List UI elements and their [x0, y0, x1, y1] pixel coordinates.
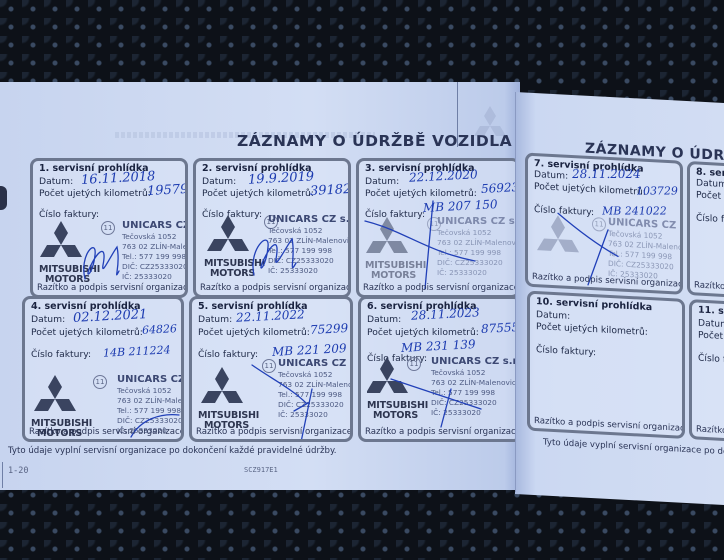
right-page: ZÁZNAMY O ÚDRŽBĚ VOZIDLA 7. servisní pro… [515, 92, 724, 505]
mileage-value: 103729 [636, 184, 679, 197]
dealer-address: UNICARS CZ s.r.o. Tečovská 1052 763 02 Z… [437, 215, 520, 278]
date-label: Datum: [202, 176, 236, 187]
dealer-dic: DIČ: CZ25333020 [278, 400, 353, 410]
date-value: 16.11.2018 [81, 169, 156, 188]
dealer-street: Tečovská 1052 [278, 370, 353, 380]
inspection-card-10: 10. servisní prohlídka Datum: Počet ujet… [527, 291, 685, 439]
dealer-dic: DIČ: CZ25333020 [437, 258, 520, 268]
inspection-card-6: 6. servisní prohlídka Datum: Počet ujetý… [358, 296, 522, 442]
inspection-card-2: 2. servisní prohlídka Datum: Počet ujetý… [193, 158, 351, 298]
dealer-name: UNICARS CZ s.r.o. [117, 373, 184, 386]
mileage-label: Počet ujetých kilometrů: [365, 188, 477, 199]
dealer-address: UNICARS CZ s.r.o. Tečovská 1052 763 02 Z… [278, 357, 353, 420]
dealer-city: 763 02 ZLÍN-Malenovice [117, 396, 184, 406]
mileage-value: 64826 [142, 322, 178, 337]
stamp-footer-label: Razítko a podpis servisní organizace [29, 427, 184, 437]
left-page: ZÁZNAMY O ÚDRŽBĚ VOZIDLA 1. servisní pro… [0, 82, 520, 490]
inspection-card-3: 3. servisní prohlídka Datum: Počet ujetý… [356, 158, 520, 298]
dealer-ic: IČ: 25333020 [278, 410, 353, 420]
badge-number: 11 [93, 375, 107, 389]
dealer-street: Tečovská 1052 [437, 228, 520, 238]
dealer-ic: IČ: 25333020 [268, 266, 351, 276]
dealer-phone: Tel.: 577 199 998 [268, 246, 351, 256]
date-label: Datum: [39, 176, 73, 187]
stamp-footer-label: Razítko a podpis servisní organizace [37, 283, 188, 293]
badge-number: 11 [407, 357, 421, 371]
mileage-label: Počet ujetých kilometrů: [39, 188, 151, 199]
dealer-phone: Tel.: 577 199 998 [278, 390, 353, 400]
date-label: Datum: [365, 176, 399, 187]
dealer-ic: IČ: 25333020 [431, 408, 522, 418]
date-value: 02.12.2021 [73, 307, 148, 326]
brand-line-2: MOTORS [210, 268, 255, 279]
dealer-dic: DIČ: CZ25333020 [431, 398, 522, 408]
date-value: 28.11.2024 [572, 167, 641, 181]
inspection-card-1: 1. servisní prohlídka Datum: Počet ujetý… [30, 158, 188, 298]
dealer-stamp: MITSUBISHI MOTORS 11 UNICARS CZ s.r.o. T… [367, 355, 522, 425]
dealer-address: UNICARS CZ s.r.o. Tečovská 1052 763 02 Z… [431, 355, 522, 418]
mileage-label: Počet ujetých kilometrů: [696, 189, 724, 206]
dealer-phone: Tel.: 577 199 998 [117, 406, 184, 416]
invoice-label: Číslo faktury: [698, 353, 724, 367]
date-value: 22.12.2020 [409, 167, 478, 185]
footnote: Tyto údaje vyplní servisní organizace po… [543, 437, 724, 464]
date-label: Datum: [31, 314, 65, 325]
mileage-label: Počet ujetých kilometrů: [31, 327, 143, 338]
dealer-name: UNICARS CZ s.r.o. [437, 215, 520, 228]
inspection-card-4: 4. servisní prohlídka Datum: Počet ujetý… [22, 296, 184, 442]
dealer-address: UNICARS CZ s.r.o. Tečovská 1052 763 02 Z… [268, 213, 351, 276]
invoice-value: MB 207 150 [423, 197, 498, 215]
dealer-name: UNICARS CZ s.r.o. [122, 219, 188, 232]
invoice-label: Číslo faktury: [198, 349, 258, 360]
inspection-card-8: 8. servisní prohlídka Datum: Počet ujetý… [687, 161, 724, 299]
dealer-dic: DIČ: CZ25333020 [117, 416, 184, 426]
footnote: Tyto údaje vyplní servisní organizace po… [8, 446, 337, 456]
stamp-footer-label: Razítko a podpis servisní organizace [696, 424, 724, 442]
badge-number: 11 [592, 217, 606, 232]
date-value: 22.11.2022 [236, 307, 305, 325]
dealer-stamp: MITSUBISHI MOTORS 11 UNICARS CZ s.r.o. T… [365, 215, 520, 285]
invoice-value: MB 231 139 [401, 337, 476, 355]
badge-number: 11 [101, 221, 115, 235]
dealer-name: UNICARS CZ s.r.o. [268, 213, 351, 226]
book-spine [515, 92, 516, 492]
stamp-footer-label: Razítko a podpis servisní organizace [365, 427, 521, 437]
dealer-ic: IČ: 25333020 [122, 272, 188, 282]
document-code: SCZ917E1 [244, 466, 278, 474]
date-value: 19.9.2019 [248, 169, 315, 187]
dealer-name: UNICARS CZ s.r.o. [278, 357, 353, 370]
dealer-street: Tečovská 1052 [431, 368, 522, 378]
stamp-footer-label: Razítko a podpis servisní organizace [196, 427, 352, 437]
dealer-street: Tečovská 1052 [117, 386, 184, 396]
mileage-label: Počet ujetých kilometrů: [202, 188, 314, 199]
stamp-footer-label: Razítko a podpis servisní organizace [534, 416, 685, 434]
header-divider [457, 82, 458, 147]
mileage-label: Počet ujetých kilometrů: [536, 321, 648, 338]
dealer-dic: DIČ: CZ25333020 [122, 262, 188, 272]
dealer-phone: Tel.: 577 199 998 [437, 248, 520, 258]
page-number: 1-20 [8, 466, 28, 476]
dealer-dic: DIČ: CZ25333020 [268, 256, 351, 266]
dealer-stamp: MITSUBISHI MOTORS 11 UNICARS CZ s.r.o. T… [39, 219, 188, 289]
dealer-stamp: MITSUBISHI MOTORS 11 UNICARS CZ s.r.o. T… [198, 365, 353, 435]
page-edge [2, 462, 3, 488]
mileage-value: 87555 [481, 320, 520, 336]
mileage-value: 56923 [481, 180, 520, 196]
inspection-card-7: 7. servisní prohlídka Datum: Počet ujetý… [525, 153, 683, 295]
mileage-value: 39182 [310, 182, 351, 199]
brand-line-2: MOTORS [373, 410, 418, 421]
date-label: Datum: [534, 169, 568, 182]
date-label: Datum: [367, 314, 401, 325]
mileage-label: Počet ujetých kilometrů: [534, 181, 646, 198]
dealer-city: 763 02 ZLÍN-Malenovice [122, 242, 188, 252]
mitsubishi-logo-icon [534, 214, 594, 279]
date-label: Datum: [536, 309, 570, 322]
brand-line-2: MOTORS [371, 270, 416, 281]
mitsubishi-watermark-icon [470, 104, 510, 144]
dealer-city: 763 02 ZLÍN-Malenovice [437, 238, 520, 248]
badge-number: 11 [262, 359, 276, 373]
dealer-city: 763 02 ZLÍN-Malenovice [431, 378, 522, 388]
invoice-label: Číslo faktury: [31, 349, 91, 360]
dealer-street: Tečovská 1052 [122, 232, 188, 242]
dealer-ic: IČ: 25333020 [437, 268, 520, 278]
inspection-card-5: 5. servisní prohlídka Datum: Počet ujetý… [189, 296, 353, 442]
date-value: 28.11.2023 [411, 305, 480, 323]
date-label: Datum: [198, 314, 232, 325]
section-tab-marker [0, 186, 7, 210]
mileage-value: 75299 [310, 321, 349, 337]
dealer-street: Tečovská 1052 [268, 226, 351, 236]
invoice-value: 14B 211224 [103, 343, 171, 360]
dealer-phone: Tel.: 577 199 998 [122, 252, 188, 262]
mileage-value: 19579 [147, 182, 188, 199]
mileage-label: Počet ujetých kilometrů: [198, 327, 310, 338]
dealer-phone: Tel.: 577 199 998 [431, 388, 522, 398]
dealer-address: UNICARS CZ s.r.o. Tečovská 1052 763 02 Z… [122, 219, 188, 282]
date-label: Datum: [696, 177, 724, 190]
date-label: Datum: [698, 318, 724, 331]
dealer-city: 763 02 ZLÍN-Malenovice [278, 380, 353, 390]
invoice-label: Číslo faktury: [536, 344, 596, 358]
stamp-footer-label: Razítko a podpis servisní organizace [363, 283, 519, 293]
mileage-label: Počet ujetých kilometrů: [698, 330, 724, 347]
dealer-city: 763 02 ZLÍN-Malenovice [268, 236, 351, 246]
stamp-footer-label: Razítko a podpis servisní organizace [694, 280, 724, 298]
dealer-address: UNICARS CZ s.r.o. Tečovská 1052 763 02 Z… [608, 216, 683, 284]
dealer-stamp: MITSUBISHI MOTORS 11 UNICARS CZ s.r.o. T… [202, 213, 351, 283]
inspection-card-11: 11. servisní prohlídka Datum: Počet ujet… [689, 299, 724, 443]
dealer-name: UNICARS CZ s.r.o. [431, 355, 522, 368]
invoice-label: Číslo faktury: [696, 212, 724, 226]
mileage-label: Počet ujetých kilometrů: [367, 327, 479, 338]
stamp-footer-label: Razítko a podpis servisní organizace [200, 283, 351, 293]
